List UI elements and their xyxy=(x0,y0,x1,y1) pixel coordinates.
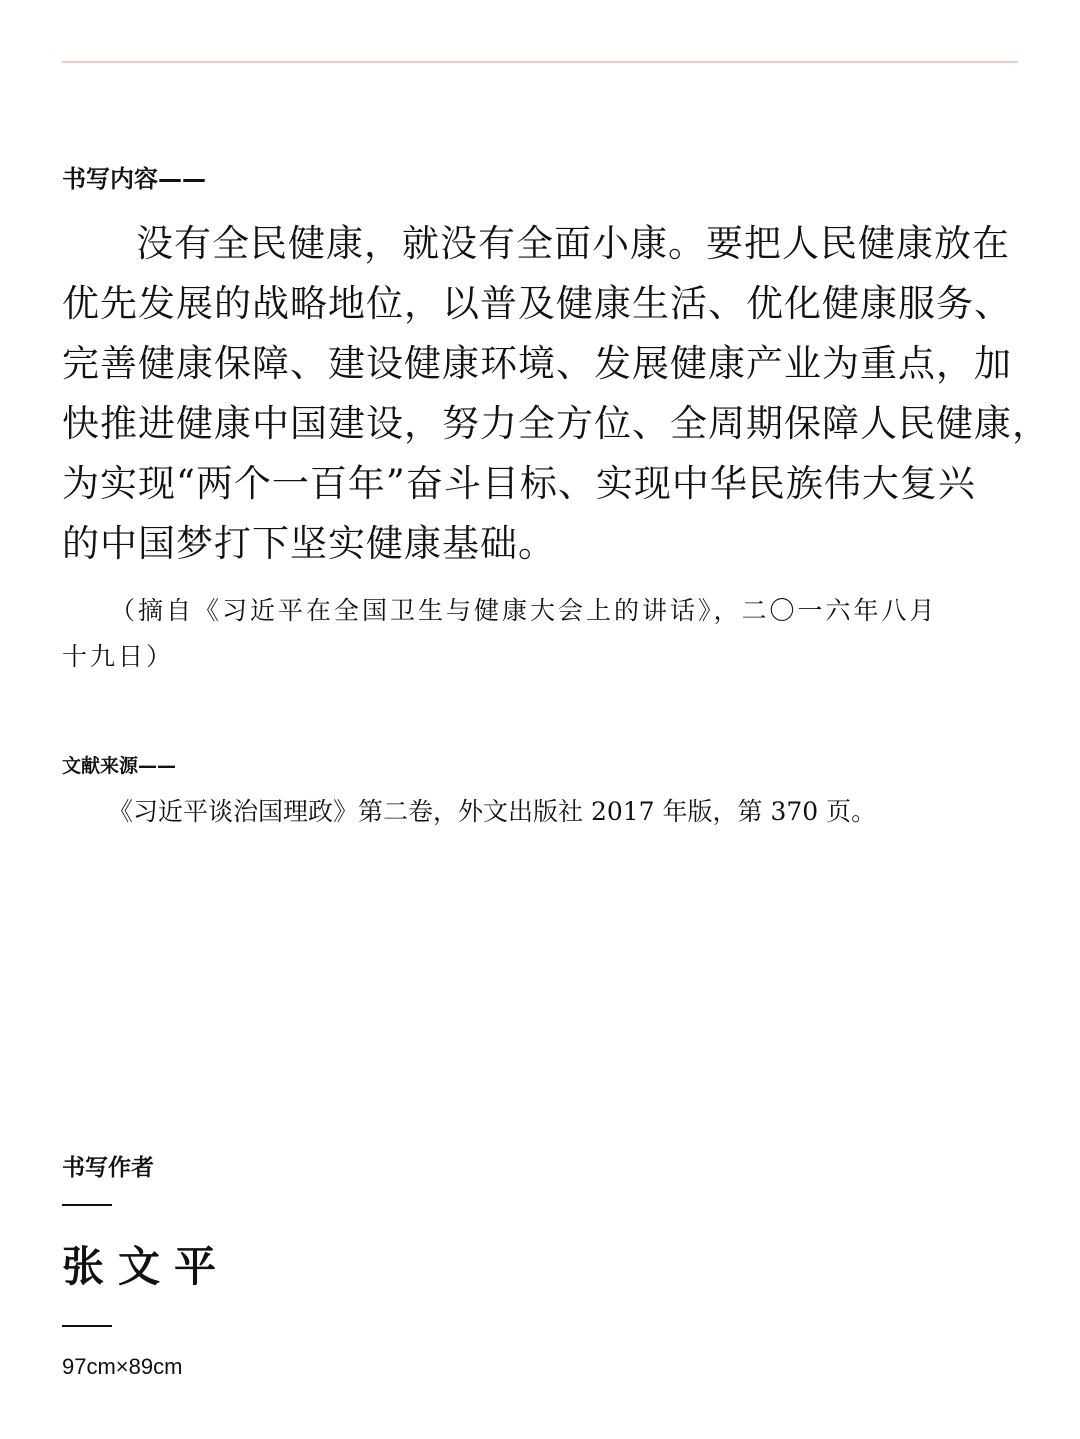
top-divider xyxy=(62,61,1018,63)
source-section-label: 文献来源—— xyxy=(62,753,176,779)
quote-line: 没有全民健康，就没有全面小康。要把人民健康放在 xyxy=(62,214,1022,274)
author-section-label: 书写作者 xyxy=(62,1152,154,1184)
quote-line: 优先发展的战略地位，以普及健康生活、优化健康服务、 xyxy=(62,274,1022,334)
source-reference: 《习近平谈治国理政》第二卷，外文出版社 2017 年版，第 370 页。 xyxy=(108,794,876,830)
quote-line: 完善健康保障、建设健康环境、发展健康产业为重点，加 xyxy=(62,334,1022,394)
quote-citation: （摘自《习近平在全国卫生与健康大会上的讲话》，二〇一六年八月 十九日） xyxy=(62,588,1022,680)
citation-line: 十九日） xyxy=(62,634,1022,680)
author-divider xyxy=(62,1204,112,1206)
citation-line: （摘自《习近平在全国卫生与健康大会上的讲话》，二〇一六年八月 xyxy=(62,588,1022,634)
quote-line: 为实现“两个一百年”奋斗目标、实现中华民族伟大复兴 xyxy=(62,454,1022,514)
quote-line: 的中国梦打下坚实健康基础。 xyxy=(62,514,1022,574)
content-section-label: 书写内容—— xyxy=(62,163,206,195)
quote-line: 快推进健康中国建设，努力全方位、全周期保障人民健康， xyxy=(62,394,1022,454)
dimensions-divider xyxy=(62,1325,112,1327)
quote-body: 没有全民健康，就没有全面小康。要把人民健康放在 优先发展的战略地位，以普及健康生… xyxy=(62,214,1022,574)
artwork-dimensions: 97cm×89cm xyxy=(62,1352,182,1382)
author-name: 张文平 xyxy=(62,1240,230,1294)
